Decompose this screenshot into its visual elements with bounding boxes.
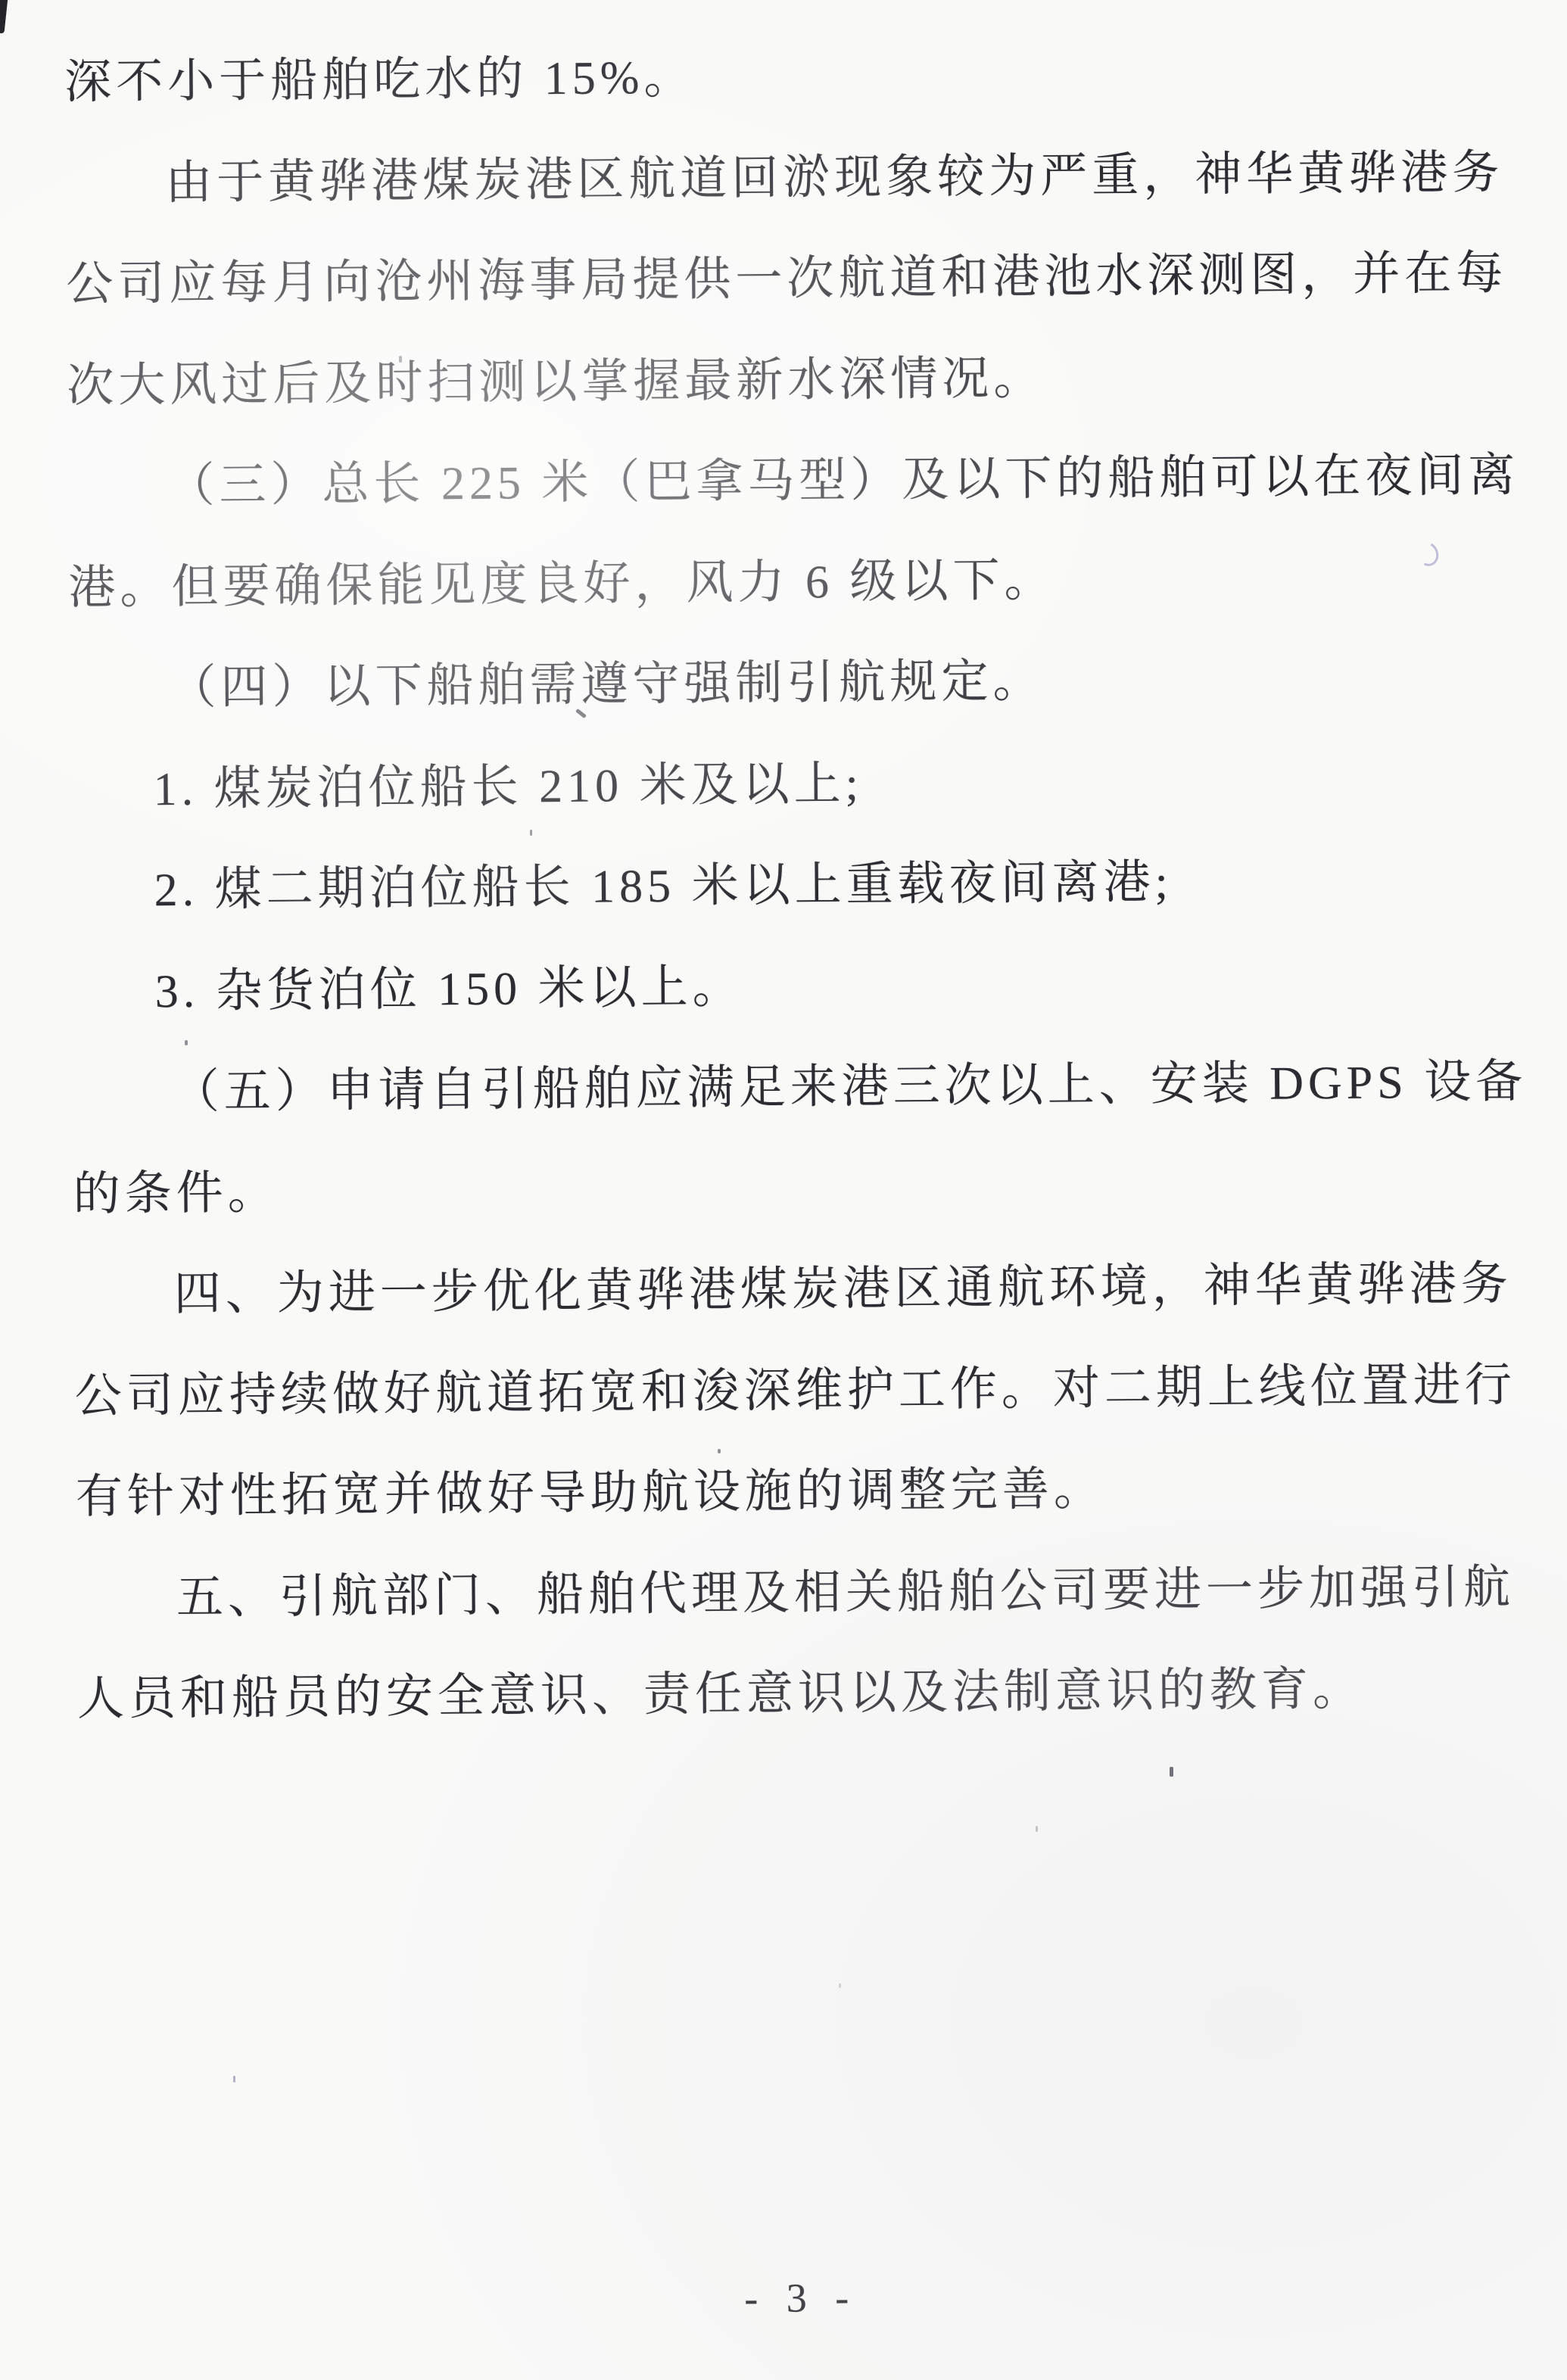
scanned-document-page: 深不小于船舶吃水的 15%。 由于黄骅港煤炭港区航道回淤现象较为严重，神华黄骅港…: [0, 0, 1567, 2380]
document-line: （三）总长 225 米（巴拿马型）及以下的船舶可以在夜间离: [67, 425, 1529, 538]
document-line: 公司应持续做好航道拓宽和浚深维护工作。对二期上线位置进行: [74, 1335, 1536, 1447]
document-list-item: 2. 煤二期泊位船长 185 米以上重载夜间离港;: [70, 830, 1532, 942]
document-line: 深不小于船舶吃水的 15%。: [64, 21, 1526, 134]
document-line: 公司应每月向沧州海事局提供一次航道和港池水深测图，并在每: [66, 223, 1528, 336]
document-line: （四）以下船舶需遵守强制引航规定。: [69, 628, 1531, 740]
document-line: 四、为进一步优化黄骅港煤炭港区通航环境，神华黄骅港务: [73, 1234, 1535, 1347]
document-line: 五、引航部门、船舶代理及相关船舶公司要进一步加强引航: [76, 1537, 1537, 1649]
document-body: 深不小于船舶吃水的 15%。 由于黄骅港煤炭港区航道回淤现象较为严重，神华黄骅港…: [64, 21, 1539, 1751]
document-list-item: 1. 煤炭泊位船长 210 米及以上;: [70, 728, 1531, 841]
scan-speck: [718, 1449, 721, 1453]
document-list-item: 3. 杂货泊位 150 米以上。: [71, 930, 1533, 1043]
document-line: 港。但要确保能见度良好，风力 6 级以下。: [68, 526, 1530, 639]
scan-speck: [839, 1983, 841, 1988]
document-line: 的条件。: [73, 1132, 1534, 1245]
scan-speck: [530, 830, 532, 836]
document-line: 次大风过后及时扫测以掌握最新水深情况。: [67, 324, 1528, 437]
document-line: （五）申请自引船舶应满足来港三次以上、安装 DGPS 设备: [72, 1032, 1534, 1145]
document-scan-area: 深不小于船舶吃水的 15%。 由于黄骅港煤炭港区航道回淤现象较为严重，神华黄骅港…: [0, 0, 1567, 2380]
scan-speck: [399, 356, 402, 363]
scan-speck: [1036, 1826, 1038, 1832]
page-number: - 3 -: [17, 2265, 1567, 2330]
document-line: 由于黄骅港煤炭港区航道回淤现象较为严重，神华黄骅港务: [65, 122, 1527, 235]
scan-speck: [1170, 1767, 1173, 1777]
scan-speck: [233, 2076, 235, 2082]
scan-speck: [185, 1040, 188, 1045]
document-line: 人员和船员的安全意识、责任意识以及法制意识的教育。: [76, 1638, 1538, 1751]
document-line: 有针对性拓宽并做好导助航设施的调整完善。: [75, 1436, 1537, 1549]
